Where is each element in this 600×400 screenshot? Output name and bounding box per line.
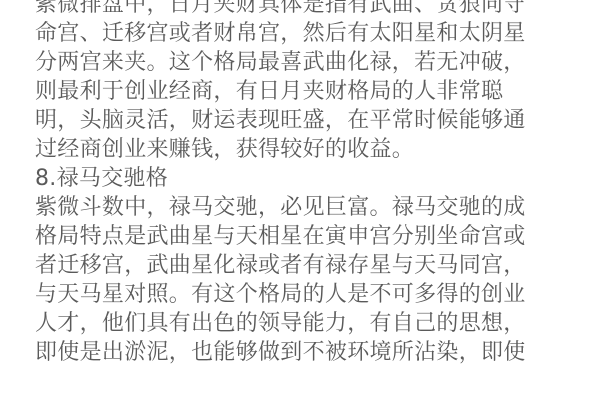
paragraph-line: 与天马星对照。有这个格局的人是不可多得的创业 xyxy=(35,280,495,309)
paragraph-line: 人才，他们具有出色的领导能力，有自己的思想， xyxy=(35,309,495,338)
paragraph-line: 分两宫来夹。这个格局最喜武曲化禄，若无冲破， xyxy=(35,48,495,77)
section-heading: 8.禄马交驰格 xyxy=(35,164,495,193)
paragraph-line: 者迁移宫，武曲星化禄或者有禄存星与天马同宫， xyxy=(35,251,495,280)
article-body: 紫微排盘中，日月夹财具体是指有武曲、贪狼同守 命宫、迁移宫或者财帛宫，然后有太阳… xyxy=(35,0,495,367)
paragraph-line: 即使是出淤泥，也能够做到不被环境所沾染，即使 xyxy=(35,338,495,367)
paragraph-line: 紫微斗数中，禄马交驰，必见巨富。禄马交驰的成 xyxy=(35,193,495,222)
paragraph-line: 明，头脑灵活，财运表现旺盛，在平常时候能够通 xyxy=(35,106,495,135)
paragraph-line: 则最利于创业经商，有日月夹财格局的人非常聪 xyxy=(35,77,495,106)
paragraph-line: 格局特点是武曲星与天相星在寅申宫分别坐命宫或 xyxy=(35,222,495,251)
paragraph-line: 紫微排盘中，日月夹财具体是指有武曲、贪狼同守 xyxy=(35,0,495,19)
paragraph-line: 过经商创业来赚钱，获得较好的收益。 xyxy=(35,135,495,164)
paragraph-line: 命宫、迁移宫或者财帛宫，然后有太阳星和太阴星 xyxy=(35,19,495,48)
